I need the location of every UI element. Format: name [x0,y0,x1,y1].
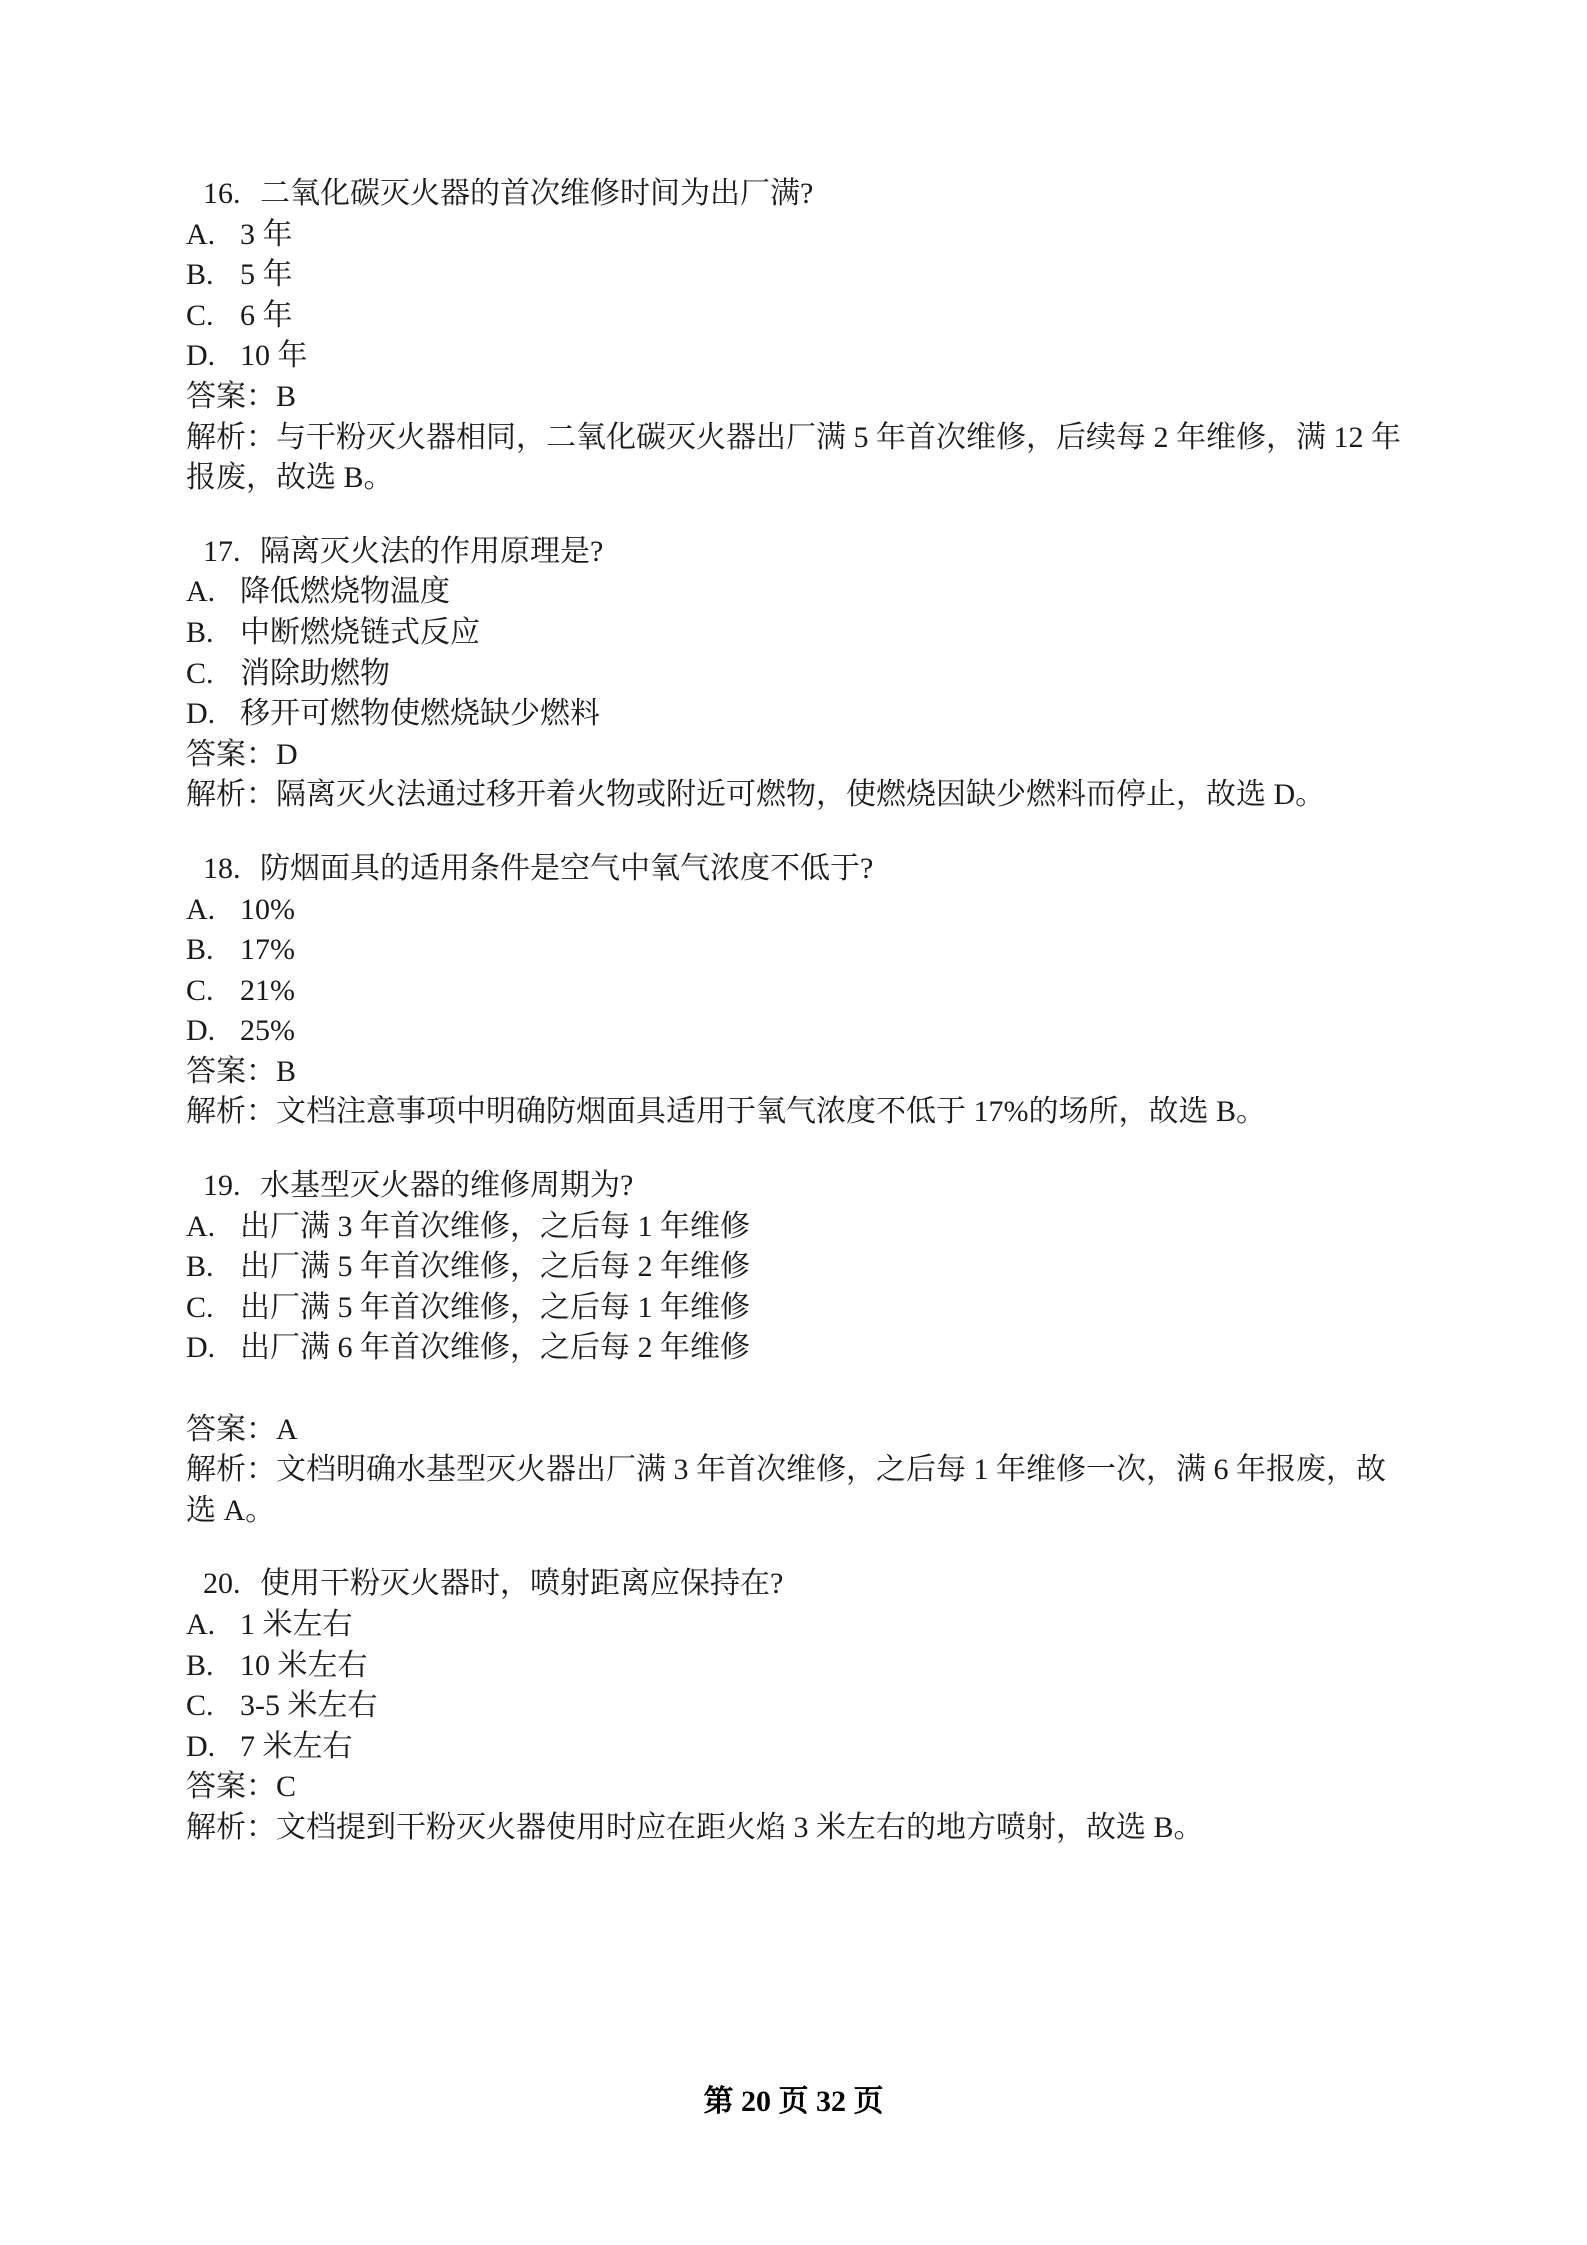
option-text: 消除助燃物 [240,657,390,690]
answer-label: 答案： [186,1770,276,1803]
option-text: 出厂满 5 年首次维修，之后每 1 年维修 [240,1291,750,1324]
option-text: 6 年 [240,299,293,332]
answer-value: C [276,1770,296,1803]
option-letter: C. [186,1686,240,1727]
option-text: 25% [240,1014,295,1047]
page-number: 第 20 页 32 页 [0,2082,1587,2122]
question-text: 使用干粉灭火器时，喷射距离应保持在? [260,1567,783,1600]
option-c: C.3-5 米左右 [186,1686,1466,1727]
answer-label: 答案： [186,1413,276,1446]
answer-line: 答案：B [186,1052,1466,1093]
option-text: 降低燃烧物温度 [240,575,450,608]
blank-line [186,1369,1466,1410]
question-text: 二氧化碳灭火器的首次维修时间为出厂满? [260,177,813,210]
option-a: A.3 年 [186,215,1466,256]
questions-content: 16.二氧化碳灭火器的首次维修时间为出厂满? A.3 年 B.5 年 C.6 年… [186,174,1466,1849]
option-d: D.10 年 [186,336,1466,377]
question-title: 19.水基型灭火器的维修周期为? [186,1166,1466,1207]
option-text: 出厂满 6 年首次维修，之后每 2 年维修 [240,1331,750,1364]
option-a: A.1 米左右 [186,1605,1466,1646]
analysis-line: 解析：与干粉灭火器相同，二氧化碳灭火器出厂满 5 年首次维修，后续每 2 年维修… [186,418,1466,459]
option-text: 1 米左右 [240,1608,353,1641]
option-c: C.出厂满 5 年首次维修，之后每 1 年维修 [186,1288,1466,1329]
analysis-line: 解析：文档提到干粉灭火器使用时应在距火焰 3 米左右的地方喷射，故选 B。 [186,1808,1466,1849]
option-text: 3 年 [240,218,293,251]
question-title: 20.使用干粉灭火器时，喷射距离应保持在? [186,1564,1466,1605]
question-block-20: 20.使用干粉灭火器时，喷射距离应保持在? A.1 米左右 B.10 米左右 C… [186,1564,1466,1848]
option-c: C.消除助燃物 [186,654,1466,695]
analysis-line: 解析：文档注意事项中明确防烟面具适用于氧气浓度不低于 17%的场所，故选 B。 [186,1092,1466,1133]
answer-label: 答案： [186,1055,276,1088]
document-page: 16.二氧化碳灭火器的首次维修时间为出厂满? A.3 年 B.5 年 C.6 年… [0,0,1587,2245]
option-text: 出厂满 5 年首次维修，之后每 2 年维修 [240,1250,750,1283]
question-number: 17. [203,532,260,573]
question-number: 16. [203,174,260,215]
option-d: D.25% [186,1011,1466,1052]
analysis-line: 解析：隔离灭火法通过移开着火物或附近可燃物，使燃烧因缺少燃料而停止，故选 D。 [186,775,1466,816]
option-letter: D. [186,1727,240,1768]
question-number: 18. [203,849,260,890]
option-b: B.17% [186,930,1466,971]
option-text: 出厂满 3 年首次维修，之后每 1 年维修 [240,1210,750,1243]
analysis-line: 报废，故选 B。 [186,458,1466,499]
option-letter: D. [186,1011,240,1052]
option-d: D.出厂满 6 年首次维修，之后每 2 年维修 [186,1328,1466,1369]
option-text: 10 米左右 [240,1649,368,1682]
answer-value: D [276,738,298,771]
option-letter: A. [186,1605,240,1646]
analysis-line: 解析：文档明确水基型灭火器出厂满 3 年首次维修，之后每 1 年维修一次，满 6… [186,1450,1466,1491]
question-block-18: 18.防烟面具的适用条件是空气中氧气浓度不低于? A.10% B.17% C.2… [186,849,1466,1133]
option-b: B.出厂满 5 年首次维修，之后每 2 年维修 [186,1247,1466,1288]
question-title: 18.防烟面具的适用条件是空气中氧气浓度不低于? [186,849,1466,890]
question-number: 19. [203,1166,260,1207]
option-letter: B. [186,1646,240,1687]
option-letter: B. [186,930,240,971]
option-letter: C. [186,971,240,1012]
option-letter: B. [186,613,240,654]
option-letter: B. [186,255,240,296]
option-letter: C. [186,1288,240,1329]
option-c: C.6 年 [186,296,1466,337]
option-letter: C. [186,654,240,695]
answer-label: 答案： [186,380,276,413]
answer-value: A [276,1413,298,1446]
option-d: D.7 米左右 [186,1727,1466,1768]
option-a: A.降低燃烧物温度 [186,572,1466,613]
option-letter: D. [186,336,240,377]
option-a: A.出厂满 3 年首次维修，之后每 1 年维修 [186,1207,1466,1248]
question-title: 17.隔离灭火法的作用原理是? [186,532,1466,573]
answer-value: B [276,380,296,413]
option-text: 5 年 [240,258,293,291]
question-text: 水基型灭火器的维修周期为? [260,1169,633,1202]
option-text: 21% [240,974,295,1007]
option-text: 中断燃烧链式反应 [240,616,480,649]
question-block-17: 17.隔离灭火法的作用原理是? A.降低燃烧物温度 B.中断燃烧链式反应 C.消… [186,532,1466,816]
option-text: 移开可燃物使燃烧缺少燃料 [240,697,600,730]
answer-line: 答案：D [186,735,1466,776]
option-letter: D. [186,1328,240,1369]
option-letter: D. [186,694,240,735]
option-letter: A. [186,572,240,613]
option-text: 10% [240,893,295,926]
question-block-16: 16.二氧化碳灭火器的首次维修时间为出厂满? A.3 年 B.5 年 C.6 年… [186,174,1466,499]
question-text: 隔离灭火法的作用原理是? [260,535,603,568]
option-text: 10 年 [240,339,308,372]
option-text: 7 米左右 [240,1730,353,1763]
option-text: 17% [240,933,295,966]
answer-value: B [276,1055,296,1088]
option-b: B.中断燃烧链式反应 [186,613,1466,654]
question-number: 20. [203,1564,260,1605]
analysis-line: 选 A。 [186,1491,1466,1532]
option-letter: B. [186,1247,240,1288]
option-c: C.21% [186,971,1466,1012]
question-text: 防烟面具的适用条件是空气中氧气浓度不低于? [260,852,873,885]
option-text: 3-5 米左右 [240,1689,378,1722]
option-letter: A. [186,1207,240,1248]
answer-line: 答案：A [186,1410,1466,1451]
option-letter: A. [186,215,240,256]
question-title: 16.二氧化碳灭火器的首次维修时间为出厂满? [186,174,1466,215]
option-letter: C. [186,296,240,337]
option-letter: A. [186,890,240,931]
answer-line: 答案：C [186,1767,1466,1808]
option-a: A.10% [186,890,1466,931]
option-d: D.移开可燃物使燃烧缺少燃料 [186,694,1466,735]
option-b: B.5 年 [186,255,1466,296]
answer-label: 答案： [186,738,276,771]
question-block-19: 19.水基型灭火器的维修周期为? A.出厂满 3 年首次维修，之后每 1 年维修… [186,1166,1466,1531]
answer-line: 答案：B [186,377,1466,418]
option-b: B.10 米左右 [186,1646,1466,1687]
